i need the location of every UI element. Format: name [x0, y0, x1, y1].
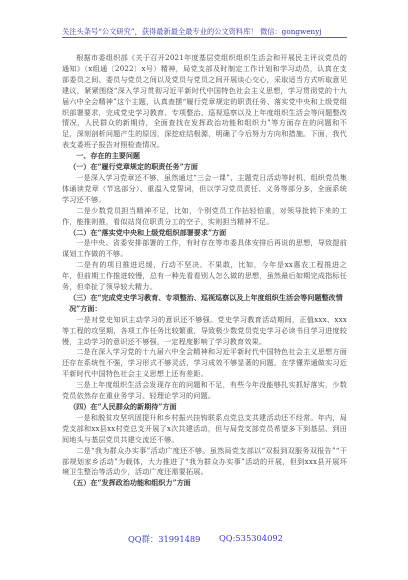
- paragraph: 一是对党史知识主动学习的意识还不够强。党史学习教育活动期间，正值xxx、xxx等…: [62, 315, 347, 348]
- paragraph: 二是在深入学习党的十九届六中全会精神和习近平新时代中国特色社会主义思想方面还存在…: [62, 347, 347, 380]
- subsection-heading: （二）在“落实党中央和上级党组织部署要求”方面: [62, 228, 347, 239]
- qq-number: QQ:535304092: [219, 533, 283, 543]
- section-heading: 一、存在的主要问题: [62, 151, 347, 162]
- paragraph: 二是有的项目推进迟缓，行动不坚决、不果敢，比如，今年是xx惠农工程推进之年，但前…: [62, 260, 347, 293]
- subsection-heading: （三）在“完成党史学习教育、专项整治、巡视巡察以及上年度组织生活会等问题整改情况…: [62, 293, 347, 315]
- subsection-heading: （一）在“履行党章规定的职责任务”方面: [62, 162, 347, 173]
- document-body: 根据市委组织部《关于召开2021年度基层党组织组织生活会和开展民主评议党员的通知…: [62, 53, 347, 489]
- paragraph: 一是中央、省委安排部署的工作，有时存在等市委具体安排后再说的思想，导致提前谋划工…: [62, 238, 347, 260]
- paragraph: 一是和脱贫攻坚巩固提升和乡村振兴挂钩联系点党总支共建活动还不经常。年内，局党支部…: [62, 413, 347, 446]
- header-promo-link[interactable]: 关注头条号“公文研究”，获得最新最全最专业的公文资料库！ 微信：gongweny…: [62, 27, 347, 37]
- subsection-heading: （四）在“人民群众的新期待”方面: [62, 402, 347, 413]
- qq-group-number: QQ群：31991489: [128, 533, 200, 545]
- paragraph: 二是“我为群众办实事”活动广度还不够。虽然局党支部以“双报到双服务双报告”“干部…: [62, 446, 347, 479]
- subsection-heading: （五）在“发挥政治功能和组织力”方面: [62, 478, 347, 489]
- paragraph: 一是深入学习党章还不够，虽然通过“三会一课”、主题党日活动等时机，组织党员集体诵…: [62, 173, 347, 206]
- header-divider: [62, 37, 347, 38]
- paragraph: 三是上年度组织生活会发现存在的问题和不足，有些今年没能够扎实抓好落实，少数党员依…: [62, 380, 347, 402]
- intro-paragraph: 根据市委组织部《关于召开2021年度基层党组织组织生活会和开展民主评议党员的通知…: [62, 53, 347, 151]
- paragraph: 二是少数党员担当精神不足，比如，个别党员工作拈轻怕重，对领导批转下来的工作，能推…: [62, 206, 347, 228]
